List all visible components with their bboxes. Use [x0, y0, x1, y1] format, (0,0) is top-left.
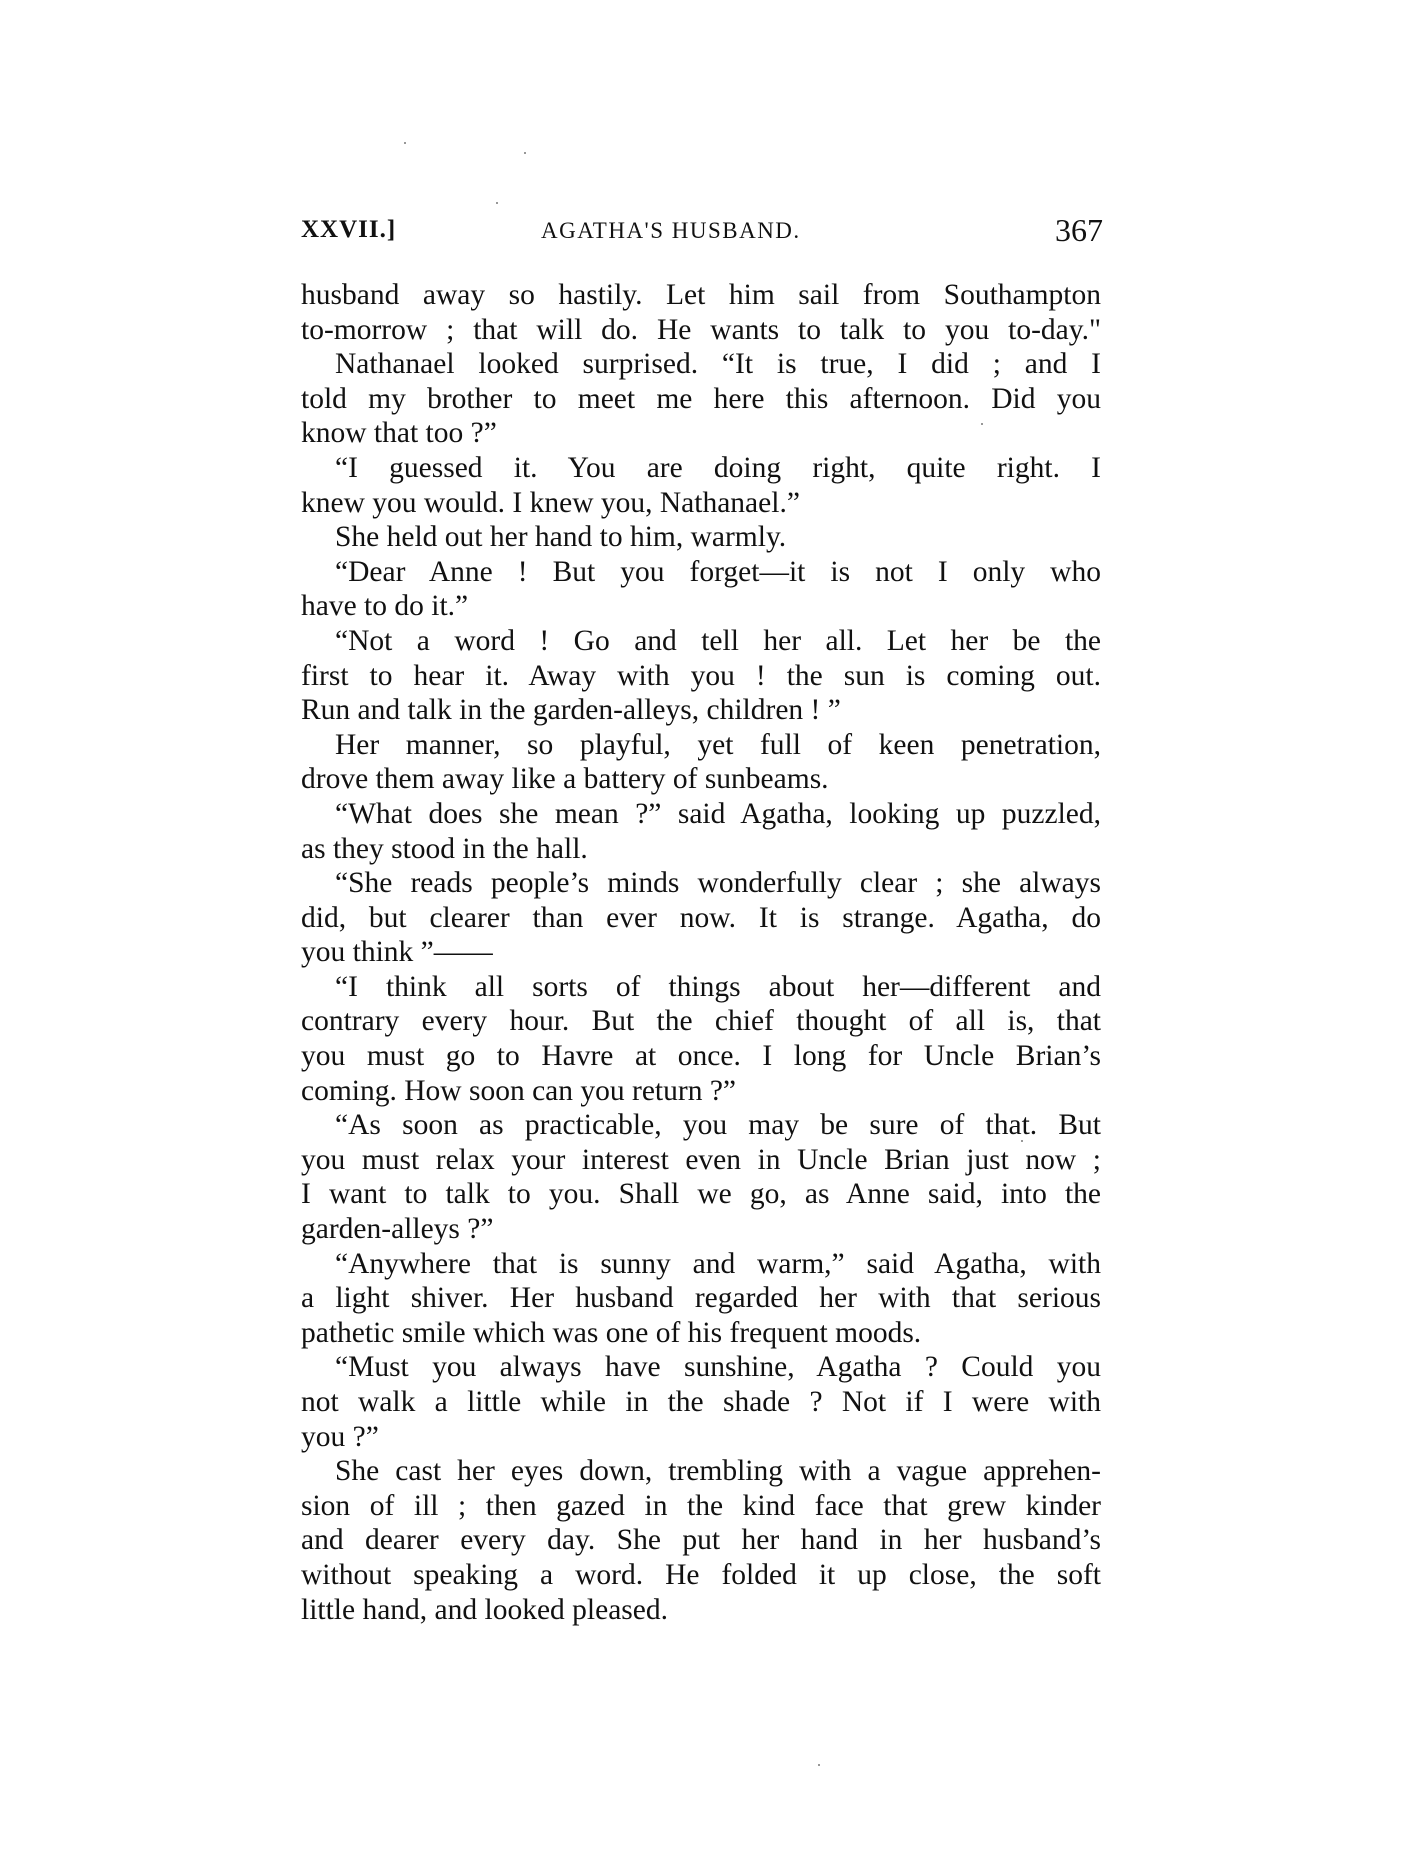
text-line: little hand, and looked pleased. — [301, 1593, 1101, 1628]
text-line: drove them away like a battery of sunbea… — [301, 762, 1101, 797]
text-line: you think ”—— — [301, 935, 1101, 970]
text-line: “Must you always have sunshine, Agatha ?… — [301, 1350, 1101, 1385]
text-line: She held out her hand to him, warmly. — [301, 520, 1101, 555]
text-line: She cast her eyes down, trembling with a… — [301, 1454, 1101, 1489]
text-line: Run and talk in the garden-alleys, child… — [301, 693, 1101, 728]
text-line: without speaking a word. He folded it up… — [301, 1558, 1101, 1593]
text-line: pathetic smile which was one of his freq… — [301, 1316, 1101, 1351]
text-line: “As soon as practicable, you may be sure… — [301, 1108, 1101, 1143]
text-line: husband away so hastily. Let him sail fr… — [301, 278, 1101, 313]
text-line: did, but clearer than ever now. It is st… — [301, 901, 1101, 936]
text-line: knew you would. I knew you, Nathanael.” — [301, 486, 1101, 521]
text-line: “What does she mean ?” said Agatha, look… — [301, 797, 1101, 832]
page-number: 367 — [1055, 212, 1103, 249]
text-line: “Dear Anne ! But you forget—it is not I … — [301, 555, 1101, 590]
text-line: Her manner, so playful, yet full of keen… — [301, 728, 1101, 763]
scan-speck — [818, 1764, 820, 1766]
text-line: “I guessed it. You are doing right, quit… — [301, 451, 1101, 486]
text-line: “She reads people’s minds wonderfully cl… — [301, 866, 1101, 901]
text-line: “Anywhere that is sunny and warm,” said … — [301, 1247, 1101, 1282]
body-text: husband away so hastily. Let him sail fr… — [301, 278, 1101, 1627]
scan-speck — [524, 152, 526, 154]
text-line: a light shiver. Her husband regarded her… — [301, 1281, 1101, 1316]
book-page: XXVII.] AGATHA'S HUSBAND. 367 husband aw… — [0, 0, 1402, 1851]
text-line: have to do it.” — [301, 589, 1101, 624]
text-line: told my brother to meet me here this aft… — [301, 382, 1101, 417]
text-line: contrary every hour. But the chief thoug… — [301, 1004, 1101, 1039]
text-line: you must go to Havre at once. I long for… — [301, 1039, 1101, 1074]
scan-speck — [1021, 1140, 1023, 1142]
text-line: first to hear it. Away with you ! the su… — [301, 659, 1101, 694]
text-line: to-morrow ; that will do. He wants to ta… — [301, 313, 1101, 348]
text-line: you must relax your interest even in Unc… — [301, 1143, 1101, 1178]
text-line: sion of ill ; then gazed in the kind fac… — [301, 1489, 1101, 1524]
scan-speck — [496, 202, 498, 204]
text-line: “Not a word ! Go and tell her all. Let h… — [301, 624, 1101, 659]
text-line: garden-alleys ?” — [301, 1212, 1101, 1247]
text-line: and dearer every day. She put her hand i… — [301, 1523, 1101, 1558]
text-line: you ?” — [301, 1420, 1101, 1455]
scan-speck — [981, 423, 983, 425]
text-line: not walk a little while in the shade ? N… — [301, 1385, 1101, 1420]
text-line: coming. How soon can you return ?” — [301, 1074, 1101, 1109]
running-header: XXVII.] AGATHA'S HUSBAND. 367 — [301, 216, 1103, 256]
chapter-number: XXVII.] — [301, 216, 396, 244]
text-line: “I think all sorts of things about her—d… — [301, 970, 1101, 1005]
scan-speck — [404, 142, 406, 144]
running-title: AGATHA'S HUSBAND. — [541, 218, 801, 244]
text-line: as they stood in the hall. — [301, 832, 1101, 867]
text-line: Nathanael looked surprised. “It is true,… — [301, 347, 1101, 382]
text-line: I want to talk to you. Shall we go, as A… — [301, 1177, 1101, 1212]
text-line: know that too ?” — [301, 416, 1101, 451]
